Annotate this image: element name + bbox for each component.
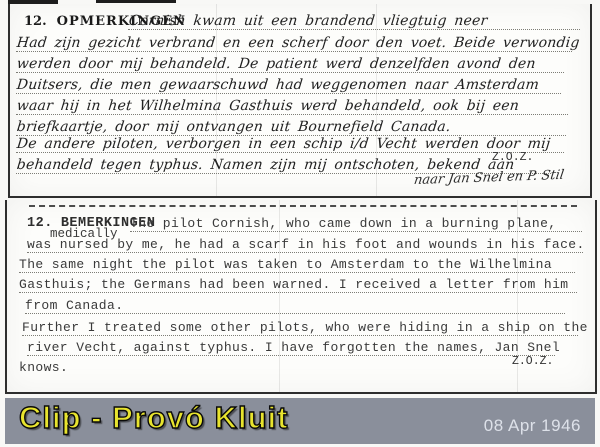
typed-text: The same night the pilot was taken to Am… xyxy=(19,257,552,272)
clip-date: 08 Apr 1946 xyxy=(484,416,581,436)
typed-text: river Vecht, against typhus. I have forg… xyxy=(27,340,560,355)
handwritten-text: briefkaartje, door mij ontvangen uit Bou… xyxy=(16,119,451,135)
handwritten-text: Cornish kwam uit een brandend vliegtuig … xyxy=(128,13,488,29)
zoz-note: Z.O.Z. xyxy=(492,151,533,164)
handwritten-line: Cornish kwam uit een brandend vliegtuig … xyxy=(128,12,580,30)
clip-caption: Clip - Provó Kluit xyxy=(19,400,288,436)
typed-line: from Canada. xyxy=(25,296,565,314)
typed-text: from Canada. xyxy=(25,298,123,313)
typed-line: knows. xyxy=(19,358,119,375)
handwritten-text: De andere piloten, verborgen in een schi… xyxy=(16,136,551,152)
handwritten-line: werden door mij behandeld. De patient we… xyxy=(16,55,564,73)
typed-line: Gasthuis; the Germans had been warned. I… xyxy=(19,275,577,293)
scan-edge-strip xyxy=(96,0,176,3)
handwritten-line: waar hij in het Wilhelmina Gasthuis werd… xyxy=(16,97,568,115)
typed-line: Further I treated some other pilots, who… xyxy=(22,318,578,336)
handwritten-text: werden door mij behandeld. De patient we… xyxy=(16,56,536,72)
handwritten-text: behandeld tegen typhus. Namen zijn mij o… xyxy=(16,157,515,173)
zoz-note: Z.O.Z. xyxy=(512,355,553,368)
typed-line: The pilot Cornish, who came down in a bu… xyxy=(130,214,582,232)
dashed-separator xyxy=(29,205,577,207)
handwritten-text: waar hij in het Wilhelmina Gasthuis werd… xyxy=(16,98,520,114)
section-number: 12. xyxy=(27,216,53,231)
typed-text: was nursed by me, he had a scarf in his … xyxy=(27,237,585,252)
handwritten-line: Had zijn gezicht verbrand en een scherf … xyxy=(16,34,572,52)
typed-line: river Vecht, against typhus. I have forg… xyxy=(27,338,555,356)
handwritten-line: briefkaartje, door mij ontvangen uit Bou… xyxy=(16,118,566,136)
typed-text: knows. xyxy=(19,360,68,375)
typed-text: The pilot Cornish, who came down in a bu… xyxy=(130,216,556,231)
typed-line: The same night the pilot was taken to Am… xyxy=(19,255,575,273)
section-number: 12. xyxy=(24,14,47,29)
typed-document: 12.BEMERKINGEN medically The pilot Corni… xyxy=(5,200,597,394)
typed-text: Further I treated some other pilots, who… xyxy=(22,320,588,335)
scanned-clip: 12.OPMERKINGEN Cornish kwam uit een bran… xyxy=(0,0,600,447)
caption-bar: Clip - Provó Kluit 08 Apr 1946 xyxy=(5,398,595,444)
handwritten-line: Duitsers, die men gewaarschuwd had wegge… xyxy=(16,76,561,94)
handwritten-document: 12.OPMERKINGEN Cornish kwam uit een bran… xyxy=(8,4,592,198)
handwritten-text: Duitsers, die men gewaarschuwd had wegge… xyxy=(16,77,540,93)
handwritten-text: Had zijn gezicht verbrand en een scherf … xyxy=(16,35,580,51)
typed-line: was nursed by me, he had a scarf in his … xyxy=(27,235,583,253)
typed-text: Gasthuis; the Germans had been warned. I… xyxy=(19,277,569,292)
handwritten-line: De andere piloten, verborgen in een schi… xyxy=(16,135,564,153)
